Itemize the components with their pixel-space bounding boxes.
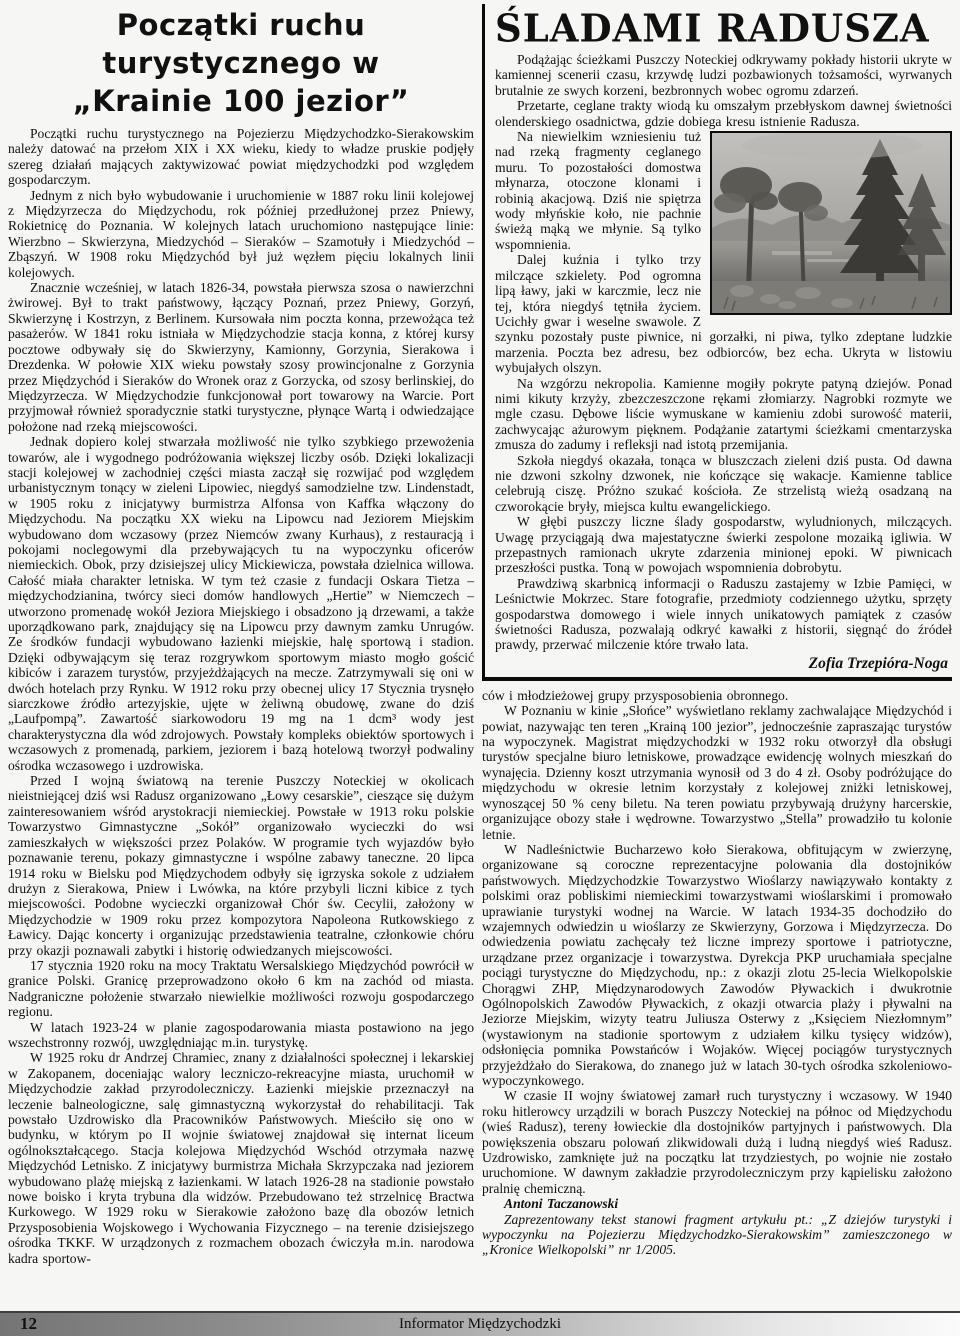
paragraph: Przed I wojną światową na terenie Puszcz… <box>8 773 474 958</box>
paragraph: Przetarte, ceglane trakty wiodą ku omsza… <box>495 98 952 129</box>
paragraph: Znacznie wcześniej, w latach 1826-34, po… <box>8 280 474 434</box>
left-article-body: Początki ruchu turystycznego na Pojezier… <box>8 126 474 1266</box>
boxed-article: ŚLADAMI RADUSZA Podążając ścieżkami Pusz… <box>482 4 952 681</box>
left-article-title-line2: „Krainie 100 jezior” <box>73 84 410 118</box>
paragraph: ców i młodzieżowej grupy przysposobienia… <box>482 688 952 703</box>
paragraph: W głębi puszczy liczne ślady gospodarstw… <box>495 514 952 576</box>
paragraph: 17 stycznia 1920 roku na mocy Traktatu W… <box>8 958 474 1020</box>
paragraph: W 1925 roku dr Andrzej Chramiec, znany z… <box>8 1050 474 1266</box>
left-column: Początki ruchu turystycznego w „Krainie … <box>8 6 474 1266</box>
left-article-title-line1: Początki ruchu turystycznego w <box>102 8 379 80</box>
page-footer: 12 Informator Międzychodzki <box>0 1311 960 1336</box>
right-column: ŚLADAMI RADUSZA Podążając ścieżkami Pusz… <box>482 4 952 1258</box>
paragraph: W Poznaniu w kinie „Słońce” wyświetlano … <box>482 703 952 842</box>
publication-title: Informator Międzychodzki <box>0 1313 960 1335</box>
forest-painting-graphic <box>712 133 950 313</box>
paragraph: Podążając ścieżkami Puszczy Noteckiej od… <box>495 52 952 98</box>
paragraph: Jednak dopiero kolej stwarzała możliwość… <box>8 434 474 773</box>
author-signature: Antoni Taczanowski <box>482 1196 952 1211</box>
paragraph: Na wzgórzu nekropolia. Kamienne mogiły p… <box>495 376 952 453</box>
paragraph: Szkoła niegdyś okazała, tonąca w bluszcz… <box>495 453 952 515</box>
paragraph: Początki ruchu turystycznego na Pojezier… <box>8 126 474 188</box>
forest-painting <box>710 131 952 315</box>
newsletter-page: Początki ruchu turystycznego w „Krainie … <box>0 0 960 1336</box>
right-article-body: Podążając ścieżkami Puszczy Noteckiej od… <box>495 52 952 653</box>
right-article-title: ŚLADAMI RADUSZA <box>495 6 952 50</box>
source-footnote: Zaprezentowany tekst stanowi fragment ar… <box>482 1212 952 1258</box>
paragraph: W Nadleśnictwie Bucharzewo koło Sierakow… <box>482 842 952 1089</box>
left-article-title: Początki ruchu turystycznego w „Krainie … <box>8 6 474 120</box>
article-continuation: ców i młodzieżowej grupy przysposobienia… <box>482 688 952 1258</box>
author-signature: Zofia Trzepióra-Noga <box>495 655 952 672</box>
paragraph: W czasie II wojny światowej zamarł ruch … <box>482 1088 952 1196</box>
paragraph: W latach 1923-24 w planie zagospodarowan… <box>8 1020 474 1051</box>
paragraph: Prawdziwą skarbnicą informacji o Raduszu… <box>495 576 952 653</box>
paragraph: Jednym z nich było wybudowanie i uruchom… <box>8 188 474 280</box>
